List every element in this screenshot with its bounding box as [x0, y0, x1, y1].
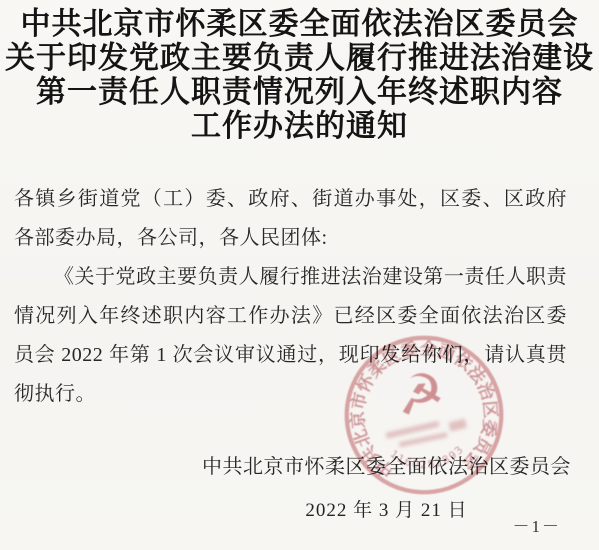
- signature-organization: 中共北京市怀柔区委全面依法治区委员会: [202, 452, 571, 482]
- title-line-3: 第一责任人职责情况列入年终述职内容: [0, 76, 599, 111]
- title-line-1: 中共北京市怀柔区委全面依法治区委员会: [0, 8, 599, 43]
- document-body: 各镇乡街道党（工）委、政府、街道办事处，区委、区政府各部委办局，各公司，各人民团…: [0, 180, 599, 414]
- title-line-4: 工作办法的通知: [0, 110, 599, 145]
- signature-date: 2022 年 3 月 21 日: [202, 495, 571, 522]
- body-paragraph: 《关于党政主要负责人履行推进法治建设第一责任人职责情况列入年终述职内容工作办法》…: [14, 258, 567, 414]
- document-title: 中共北京市怀柔区委全面依法治区委员会 关于印发党政主要负责人履行推进法治建设 第…: [0, 0, 599, 144]
- title-line-2: 关于印发党政主要负责人履行推进法治建设: [0, 42, 599, 77]
- salutation-paragraph: 各镇乡街道党（工）委、政府、街道办事处，区委、区政府各部委办局，各公司，各人民团…: [14, 180, 567, 258]
- seal-inner-smudge: [385, 417, 468, 449]
- document-page: 中共北京市怀柔区委全面依法治区委员会 关于印发党政主要负责人履行推进法治建设 第…: [0, 0, 599, 550]
- signature-area: 中共北京市怀柔区委全面依法治区委员会 2022 年 3 月 21 日: [0, 452, 599, 522]
- signature-block: 中共北京市怀柔区委全面依法治区委员会 2022 年 3 月 21 日: [202, 452, 571, 522]
